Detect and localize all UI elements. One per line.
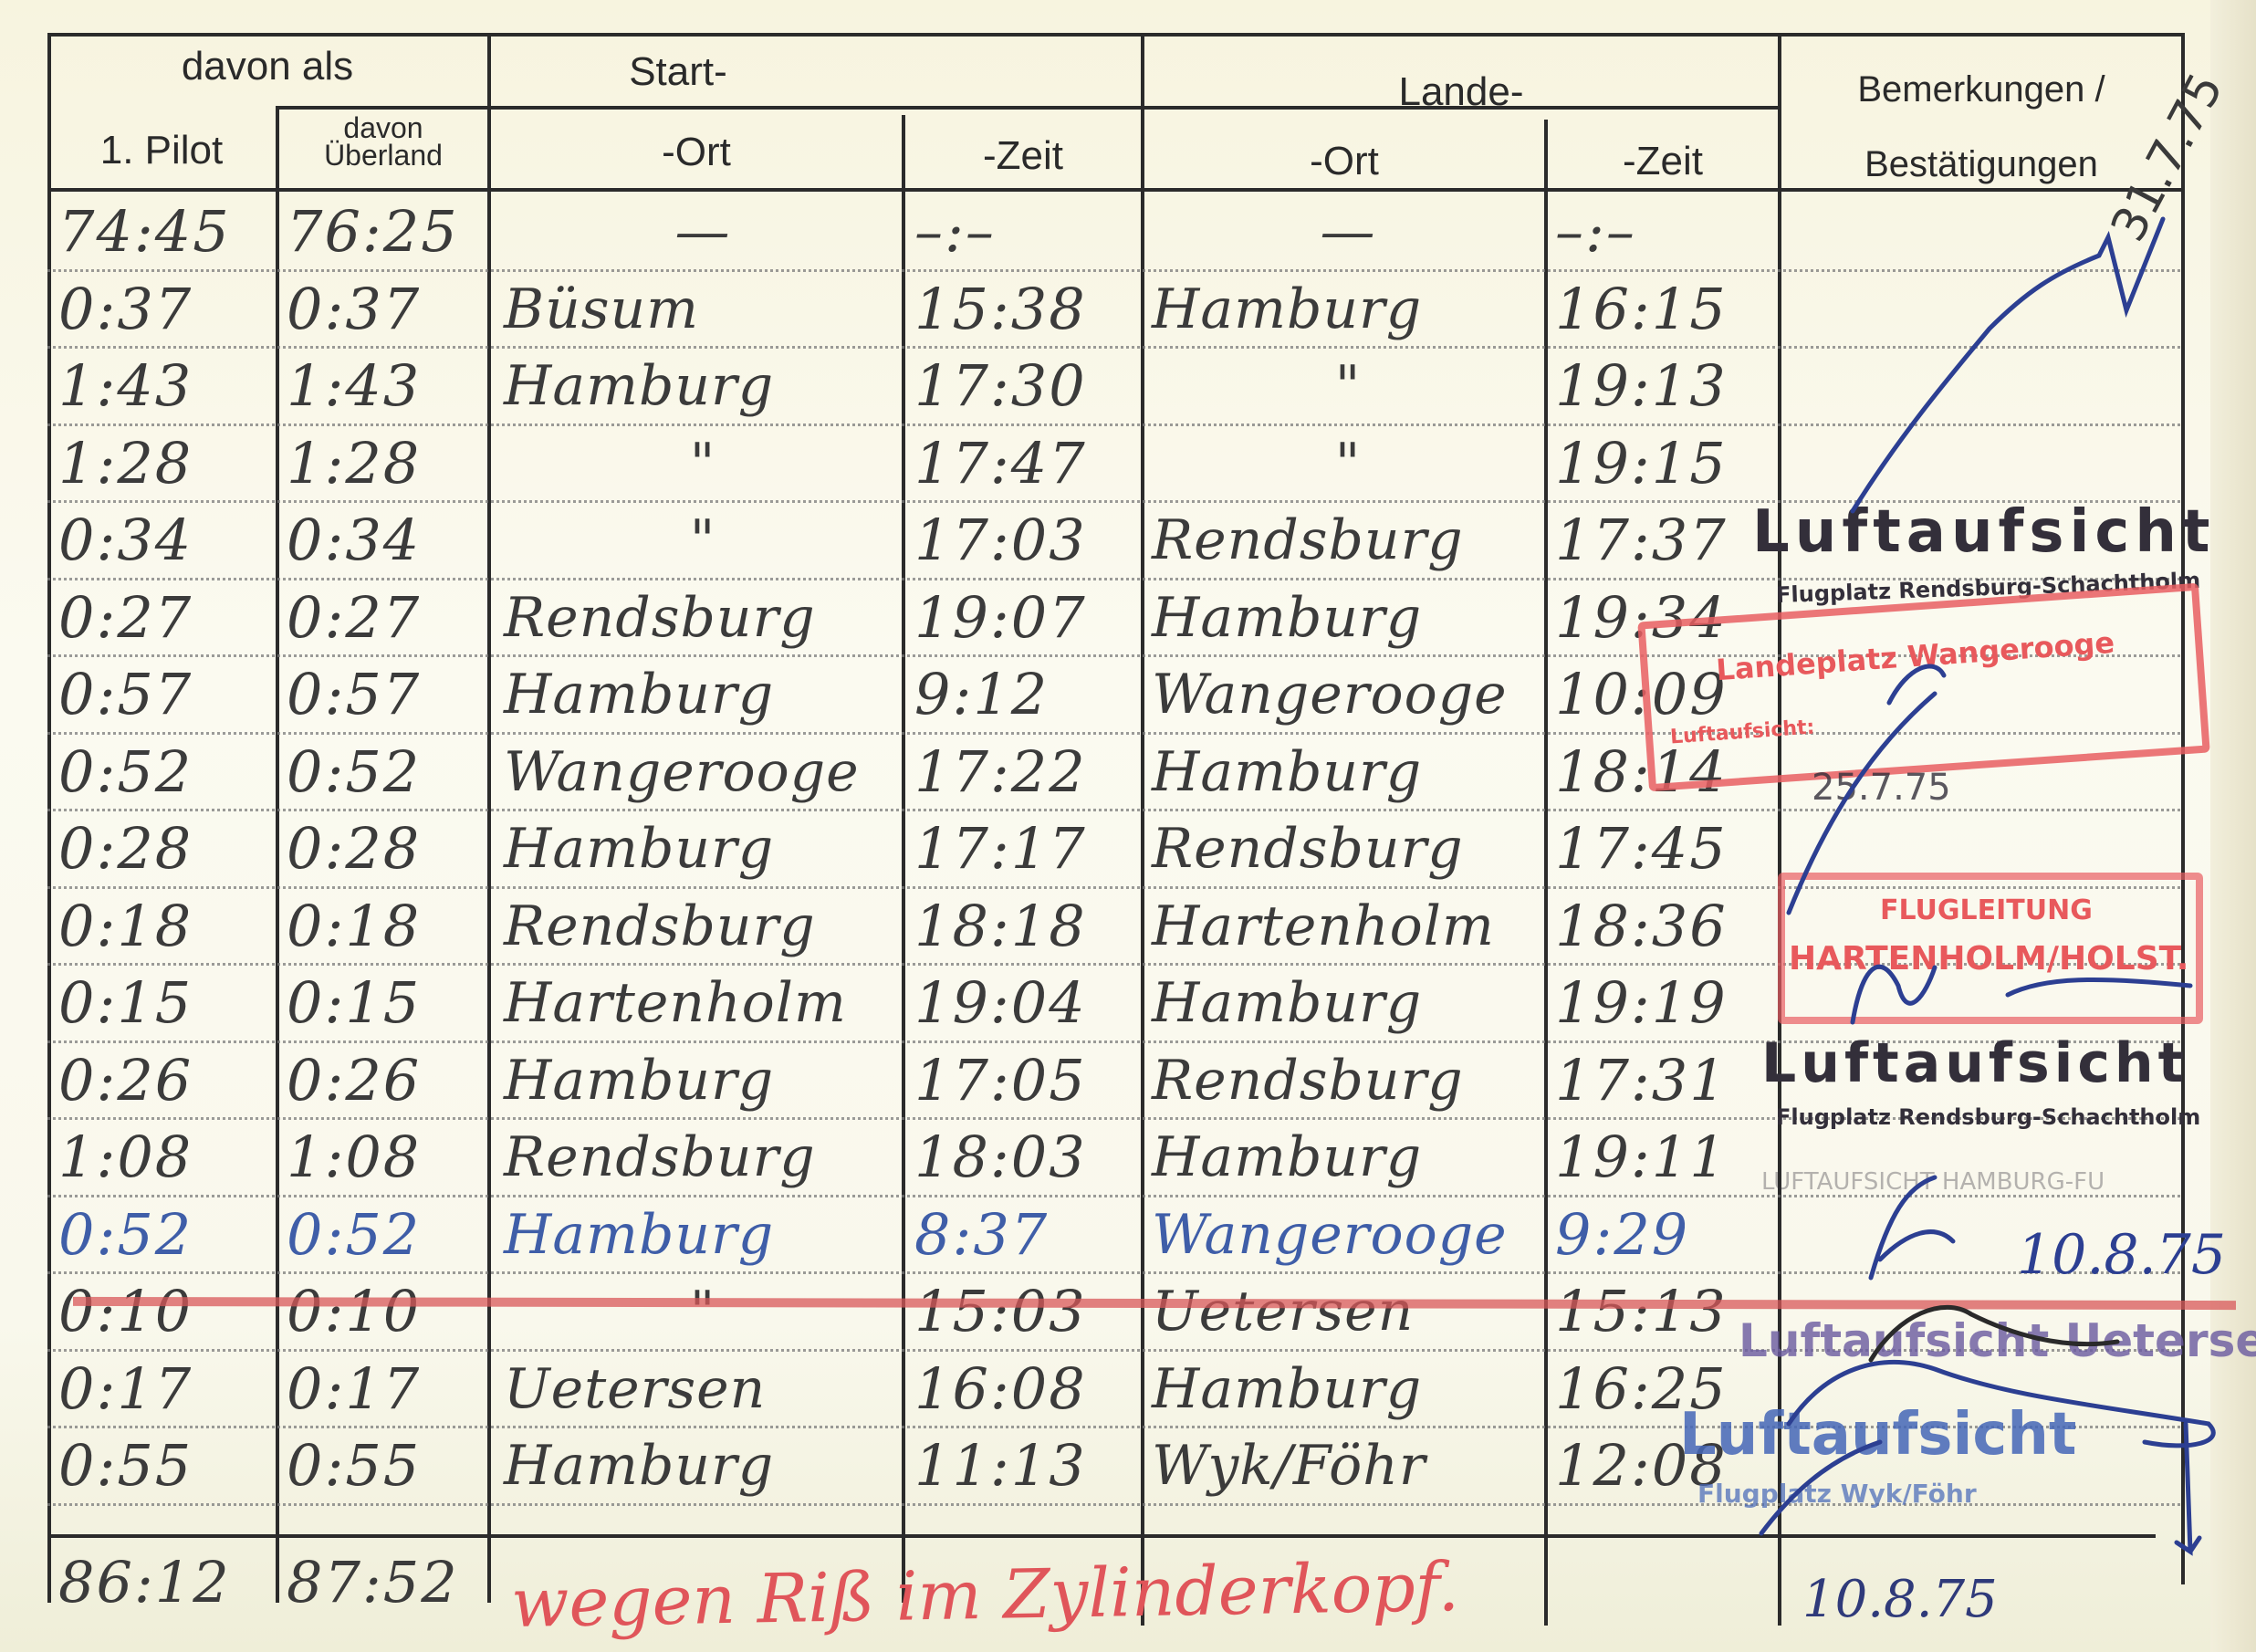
footer-date: 10.8.75 [1802,1570,1998,1629]
footer-note: wegen Riß im Zylinderkopf. [510,1548,1459,1643]
logbook-page: davon als 1. Pilot davon Überland Start-… [0,0,2256,1652]
signature-scribbles [0,0,2256,1652]
